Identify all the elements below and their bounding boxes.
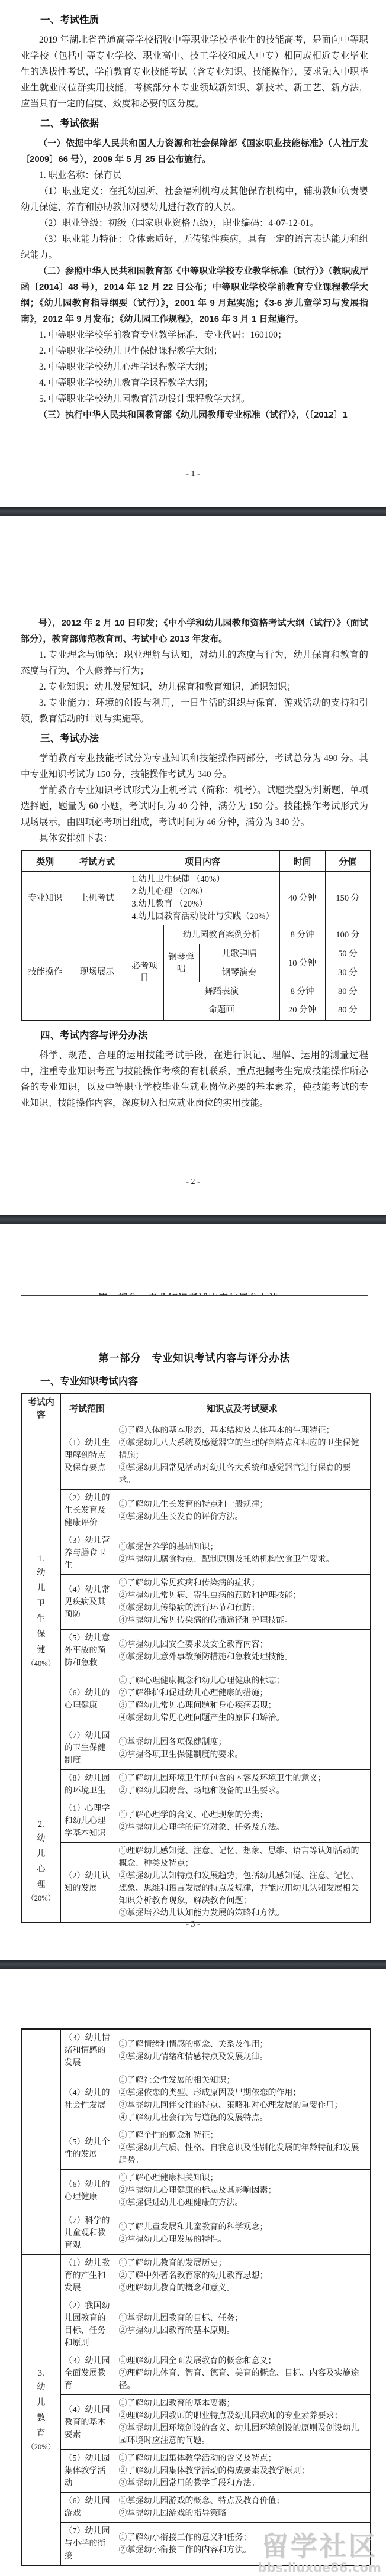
content-line: 3.幼儿教育 （20%） bbox=[132, 898, 276, 911]
exam-schedule-table: 类别 考试方式 项目内容 时间 分值 专业知识 上机考试 1.幼儿卫生保健 （4… bbox=[21, 850, 371, 1021]
table-cell: ①理解幼儿园全面发展教育的概念和意义； ②理解幼儿体育、智育、德育、美育的概念、… bbox=[114, 2352, 371, 2395]
table-header-cell: 知识点及考试要求 bbox=[114, 1394, 371, 1422]
paragraph: 学前教育专业技能考试分为专业知识和技能操作两部分，考试总分为 490 分。其中专… bbox=[21, 750, 368, 782]
clipped-header-text: 第一部分 专业知识考试内容与评分办法 bbox=[98, 1290, 279, 1296]
page-separator bbox=[0, 507, 386, 516]
table-cell: 50 分 bbox=[325, 944, 371, 963]
table-cell: ①了解儿童发展和儿童教育的科学观念； ②掌握幼儿心理发展的特性。 bbox=[114, 2212, 371, 2255]
page-separator bbox=[0, 1215, 386, 1224]
content-line: 2.幼儿心理 （20%） bbox=[132, 886, 276, 898]
table-cell: 儿歌弹唱 bbox=[199, 944, 279, 963]
table-cell: ①了解心理健康相关知识； ②掌握幼儿心理健康的标志及其影响因素； ③掌握促进幼儿… bbox=[114, 2170, 371, 2212]
section-heading: 四、考试内容与评分办法 bbox=[21, 1028, 368, 1044]
clipped-header: 第一部分 专业知识考试内容与评分办法 bbox=[21, 1287, 368, 1296]
table-cell: （3）幼儿营养与膳食卫生 bbox=[60, 1532, 114, 1575]
paragraph: 具体安排如下表： bbox=[21, 830, 368, 846]
table-cell: （1）心理学和幼儿心理学基本知识 bbox=[60, 1800, 114, 1843]
table-cell: 80 分 bbox=[325, 982, 371, 1001]
watermark-url: bbs.liuxue86.com bbox=[258, 2561, 381, 2575]
table-cell: ①了解心理健康概念和幼儿心理健康的标志； ②了解维护和促进幼儿心理健康的措施； … bbox=[114, 1672, 371, 1727]
knowledge-table: 考试内容 考试范围 知识点及考试要求 1. 幼儿卫生保健 （40%） （1）幼儿… bbox=[21, 1393, 371, 1923]
table-cell: 1.幼儿卫生保健 （40%） 2.幼儿心理 （20%） 3.幼儿教育 （20%）… bbox=[126, 872, 279, 925]
table-cell: ①了解幼儿常见疾病和传染病的症状； ②掌握幼儿常见病、寄生虫病的预防和护理技能；… bbox=[114, 1575, 371, 1630]
table-cell: 钢琴弹唱 bbox=[163, 944, 199, 982]
group-name: 幼儿心理 bbox=[36, 1831, 46, 1892]
document-page-3: 第一部分 专业知识考试内容与评分办法 第一部分 专业知识考试内容与评分办法 一、… bbox=[0, 1224, 386, 1960]
table-cell: （1）幼儿生理解剖特点及保育要点 bbox=[60, 1422, 114, 1490]
table-cell: （6）幼儿园游戏 bbox=[60, 2493, 114, 2523]
table-cell: ①了解幼儿园环境卫生所包含的内容及环境卫生的意义； ②了解幼儿园房舍、场地和设备… bbox=[114, 1770, 371, 1800]
list-item: 2. 专业知识：幼儿发展知识，幼儿保育和教育知识，通识知识； bbox=[21, 679, 368, 695]
bold-paragraph: 号），2012 年 2 月 10 日印发；《中小学和幼儿园教师资格考试大纲（试行… bbox=[21, 615, 368, 647]
watermark-logo-text: 留学社区 bbox=[258, 2532, 381, 2561]
table-cell: ①理解幼儿感知觉、注意、记忆、想象、思维、语言等认知活动的概念、种类及特点； ②… bbox=[114, 1843, 371, 1923]
table-cell: 专业知识 bbox=[21, 872, 69, 925]
paragraph: （2）职业等级：初级（国家职业资格五级），职业编码：4-07-12-01。 bbox=[21, 215, 368, 231]
table-cell: 150 分 bbox=[325, 872, 371, 925]
bold-paragraph: （一）依据中华人民共和国人力资源和社会保障部《国家职业技能标准》（人社厅发〔20… bbox=[21, 135, 368, 167]
table-cell: （4）幼儿常见疾病及其预防 bbox=[60, 1575, 114, 1630]
table-cell: （2）幼儿的生长发育及健康评价 bbox=[60, 1490, 114, 1532]
section-heading: 三、考试办法 bbox=[21, 731, 368, 747]
group-number: 2. bbox=[25, 1818, 57, 1831]
table-cell: 10 分钟 bbox=[279, 944, 325, 982]
bold-paragraph: （二）参照中华人民共和国教育部《中等职业学校专业教学标准（试行）》（教职成厅函〔… bbox=[21, 263, 368, 327]
document-page-4: （3）幼儿情绪和情感的发展 ①了解情绪和情感的概念、关系及作用； ②掌握幼儿情绪… bbox=[0, 1969, 386, 2576]
list-item: 1. 职业名称：保育员 bbox=[21, 167, 368, 183]
paragraph: （1）职业定义：在托幼园所、社会福利机构及其他保育机构中，辅助教师负责婴幼儿保健… bbox=[21, 183, 368, 215]
page-number: - 3 - bbox=[0, 1920, 386, 1930]
bold-paragraph: （三）执行中华人民共和国教育部《幼儿园教师专业标准（试行）》，（〔2012〕1 bbox=[21, 407, 368, 423]
document-page-1: 一、考试性质 2019 年湖北省普通高等学校招收中等职业学校毕业生的技能高考，是… bbox=[0, 0, 386, 507]
table-cell: （7）幼儿园与小学的衔接 bbox=[60, 2523, 114, 2566]
list-item: 4. 中等职业学校幼儿教育学课程教学大纲； bbox=[21, 375, 368, 391]
table-cell: （6）幼儿的心理健康 bbox=[60, 1672, 114, 1727]
table-header-cell: 类别 bbox=[21, 850, 69, 872]
group-number: 1. bbox=[25, 1552, 57, 1565]
table-cell: ①了解幼儿园教育的基本要素； ②理解幼儿园教师的职业特点及幼儿园教师的专业素养要… bbox=[114, 2395, 371, 2450]
table-cell: 30 分 bbox=[325, 963, 371, 982]
table-cell: （6）幼儿的心理健康 bbox=[60, 2170, 114, 2212]
table-header-cell: 项目内容 bbox=[126, 850, 279, 872]
table-cell: （7）幼儿园的卫生保健制度 bbox=[60, 1727, 114, 1770]
watermark: 留学社区 bbs.liuxue86.com bbox=[258, 2532, 381, 2575]
vertical-group-label: 3. 幼儿教育 （20%） bbox=[21, 2255, 60, 2566]
table-header-cell: 考试范围 bbox=[60, 1394, 114, 1422]
group-percent: （40%） bbox=[25, 1658, 57, 1669]
vertical-group-label: 2. 幼儿心理 （20%） bbox=[21, 1800, 60, 1923]
table-cell: ①掌握幼儿园教育的目标、任务； ②掌握幼儿园教育的基本原则。 bbox=[114, 2297, 371, 2352]
list-item: 3. 专业能力：环境的创设与利用，一日生活的组织与保育，游戏活动的支持和引领，教… bbox=[21, 695, 368, 727]
group-name: 幼儿教育 bbox=[36, 2380, 46, 2441]
table-cell: 技能操作 bbox=[21, 925, 69, 1020]
table-cell: ①了解心理学的含义、心理现象的分类； ②掌握幼儿心理学的研究对象、任务及方法。 bbox=[114, 1800, 371, 1843]
content-line: 4.幼儿园教育活动设计与实践（20%） bbox=[132, 911, 276, 923]
group-percent: （20%） bbox=[25, 1892, 57, 1904]
table-cell: ①了解幼儿生长发育的特点和一般规律； ②掌握幼儿生长发育的评价方法。 bbox=[114, 1490, 371, 1532]
table-cell: （5）幼儿个性的发展 bbox=[60, 2127, 114, 2170]
table-cell: 40 分钟 bbox=[279, 872, 325, 925]
list-item: 2. 中等职业学校幼儿卫生保健课程教学大纲； bbox=[21, 343, 368, 359]
table-cell: 100 分 bbox=[325, 925, 371, 944]
group-percent: （20%） bbox=[25, 2441, 57, 2453]
table-cell: （3）幼儿园全面发展教育 bbox=[60, 2352, 114, 2395]
table-cell: ①了解幼儿园集体教学活动的含义及特点； ②了解幼儿园集体教学活动的构成要素及教学… bbox=[114, 2450, 371, 2493]
section-heading: 一、考试性质 bbox=[21, 12, 368, 28]
table-cell: 8 分钟 bbox=[279, 925, 325, 944]
table-cell: 现场展示 bbox=[69, 925, 126, 1020]
knowledge-table-continued: （3）幼儿情绪和情感的发展 ①了解情绪和情感的概念、关系及作用； ②掌握幼儿情绪… bbox=[21, 2028, 371, 2566]
table-cell: 必考项目 bbox=[126, 925, 163, 1020]
table-cell: 幼儿园教育案例分析 bbox=[163, 925, 279, 944]
table-cell: （8）幼儿园的环境卫生 bbox=[60, 1770, 114, 1800]
table-cell: 20 分钟 bbox=[279, 1001, 325, 1020]
table-header-cell: 分值 bbox=[325, 850, 371, 872]
page-number: - 1 - bbox=[0, 470, 386, 479]
table-cell: （2）幼儿认知的发展 bbox=[60, 1843, 114, 1923]
section-heading: 二、考试依据 bbox=[21, 116, 368, 132]
paragraph: （3）职业能力特征：身体素质好，无传染性疾病，具有一定的语言表达能力和组织能力。 bbox=[21, 231, 368, 263]
page-number: - 2 - bbox=[0, 1177, 386, 1187]
list-item: 1. 专业理念与师德：职业理解与认知，对幼儿的态度与行为，幼儿保育和教育的态度与… bbox=[21, 647, 368, 679]
table-cell: 舞蹈表演 bbox=[163, 982, 279, 1001]
paragraph: 学前教育专业知识考试形式为上机考试（简称：机考）。试题类型为判断题、单项选择题，… bbox=[21, 782, 368, 830]
table-cell: 8 分钟 bbox=[279, 982, 325, 1001]
table-cell: （5）幼儿意外事故的预防和急救 bbox=[60, 1630, 114, 1672]
table-cell: （4）幼儿园教育的基本要素 bbox=[60, 2395, 114, 2450]
document-page-2: 号），2012 年 2 月 10 日印发；《中小学和幼儿园教师资格考试大纲（试行… bbox=[0, 516, 386, 1215]
page-separator bbox=[0, 1960, 386, 1969]
table-cell: ①掌握幼儿园安全要求及安全教育内容； ②掌握幼儿意外事故预防措施和急救处理技能。 bbox=[114, 1630, 371, 1672]
table-cell: （3）幼儿情绪和情感的发展 bbox=[60, 2029, 114, 2072]
paragraph: 2019 年湖北省普通高等学校招收中等职业学校毕业生的技能高考，是面向中等职业学… bbox=[21, 32, 368, 112]
table-cell: ①掌握幼儿园游戏的概念、特点及教育价值； ②掌握幼儿园游戏的指导策略。 bbox=[114, 2493, 371, 2523]
vertical-group-label: 1. 幼儿卫生保健 （40%） bbox=[21, 1422, 60, 1800]
table-cell: 命题画 bbox=[163, 1001, 279, 1020]
vertical-group-label-empty bbox=[21, 2029, 60, 2255]
table-cell: （5）幼儿园集体教学活动 bbox=[60, 2450, 114, 2493]
table-cell: ①掌握幼儿园各项保健制度； ②掌握各项卫生保健制度的要求。 bbox=[114, 1727, 371, 1770]
group-number: 3. bbox=[25, 2367, 57, 2380]
part-title: 第一部分 专业知识考试内容与评分办法 bbox=[21, 1350, 368, 1364]
table-header-cell: 时间 bbox=[279, 850, 325, 872]
table-cell: （7）科学的儿童观和教育观 bbox=[60, 2212, 114, 2255]
table-cell: ①掌握营养学的基础知识； ②掌握幼儿膳食特点、配制原则及托幼机构饮食卫生要求。 bbox=[114, 1532, 371, 1575]
table-cell: （4）幼儿的社会性发展 bbox=[60, 2072, 114, 2127]
table-cell: 80 分 bbox=[325, 1001, 371, 1020]
table-cell: ①了解人体的基本形态、基本结构及人体基本的生理特征； ②掌握幼儿八大系统及感觉器… bbox=[114, 1422, 371, 1490]
table-cell: （1）幼儿教育的产生和发展 bbox=[60, 2255, 114, 2297]
table-header-cell: 考试方式 bbox=[69, 850, 126, 872]
paragraph: 科学、规范、合理的运用技能考试手段，在进行识记、理解、运用的测量过程中，注重专业… bbox=[21, 1047, 368, 1111]
group-name: 幼儿卫生保健 bbox=[36, 1565, 46, 1658]
list-item: 3. 中等职业学校幼儿心理学课程教学大纲； bbox=[21, 359, 368, 375]
table-cell: （2）我国幼儿园教育的目标、任务和原则 bbox=[60, 2297, 114, 2352]
table-header-cell: 考试内容 bbox=[21, 1394, 60, 1422]
table-cell: 上机考试 bbox=[69, 872, 126, 925]
table-cell: ①了解情绪和情感的概念、关系及作用； ②掌握幼儿情绪和情感特点及发展规律。 bbox=[114, 2029, 371, 2072]
table-cell: ①了解社会性发展的相关知识； ②掌握依恋的类型、形成原因及早期依恋的作用； ③掌… bbox=[114, 2072, 371, 2127]
table-cell: 钢琴演奏 bbox=[199, 963, 279, 982]
table-cell: ①了解个性的概念和特征； ②掌握幼儿气质、性格、自我意识及性别化发展的年龄特征和… bbox=[114, 2127, 371, 2170]
list-item: 5. 中等职业学校幼儿园教育活动设计课程教学大纲。 bbox=[21, 391, 368, 407]
section-heading: 一、专业知识考试内容 bbox=[21, 1374, 368, 1390]
list-item: 1. 中等职业学校学前教育专业教学标准，专业代码：160100； bbox=[21, 327, 368, 343]
content-line: 1.幼儿卫生保健 （40%） bbox=[132, 873, 276, 886]
table-cell: ①了解幼儿教育的发展历史； ②了解中外著名教育家的幼儿教育思想； ③理解幼儿教育… bbox=[114, 2255, 371, 2297]
